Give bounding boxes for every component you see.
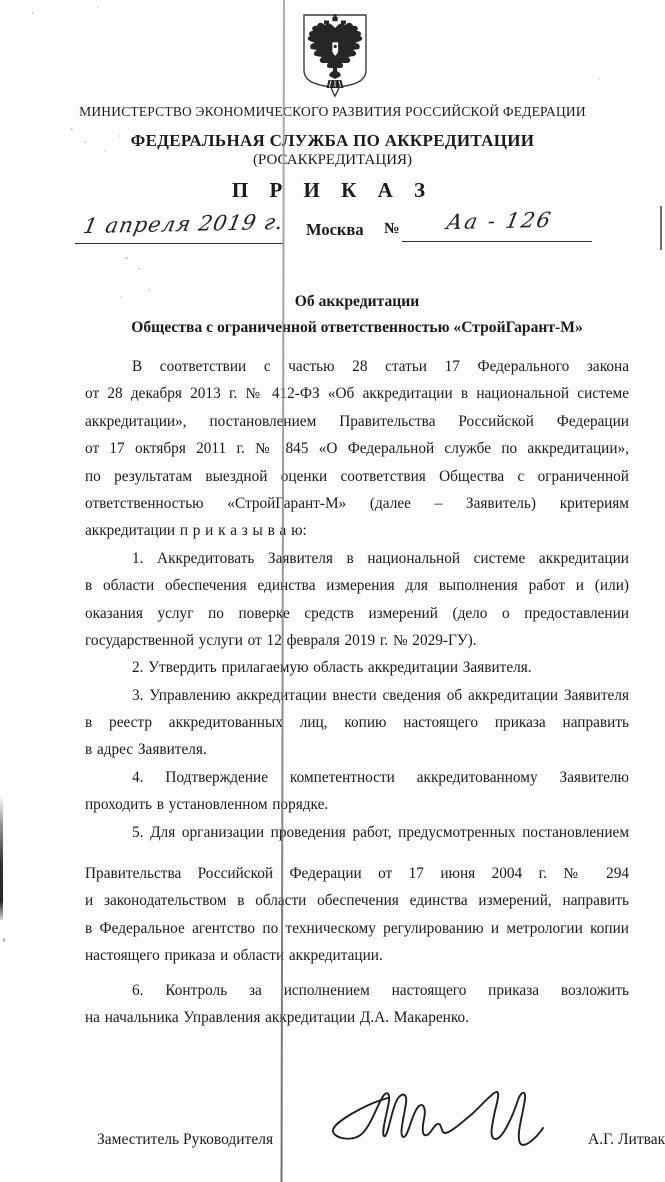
body-text-line: настоящего приказа и области аккредитаци…	[85, 942, 629, 969]
service-name: ФЕДЕРАЛЬНАЯ СЛУЖБА ПО АККРЕДИТАЦИИ	[0, 131, 665, 151]
body-text-line: аккредитации п р и к а з ы в а ю:	[85, 517, 629, 544]
body-text-line: в области обеспечения единства измерения…	[85, 572, 629, 599]
scan-speck	[125, 257, 128, 259]
body-text-line: аккредитации», постановлением Правительс…	[85, 408, 629, 435]
body-text-line: 3. Управлению аккредитации внести сведен…	[85, 682, 629, 709]
body-text-line: 1. Аккредитовать Заявителя в национально…	[85, 545, 629, 572]
scan-speck	[97, 6, 99, 8]
document-type-title: П Р И К А З	[0, 178, 665, 203]
body-text-line: в реестр аккредитованных лиц, копию наст…	[85, 709, 629, 736]
body-text-line: в Федеральное агентство по техническому …	[85, 915, 629, 942]
date-underline	[75, 243, 284, 244]
body-text-line: государственной услуги от 12 февраля 201…	[85, 627, 629, 654]
body-text-line: 2. Утвердить прилагаемую область аккреди…	[85, 654, 629, 681]
scan-edge-smudge	[0, 795, 3, 920]
scanned-order-document: МИНИСТЕРСТВО ЭКОНОМИЧЕСКОГО РАЗВИТИЯ РОС…	[0, 0, 665, 1182]
signer-post-label: Заместитель Руководителя	[97, 1131, 273, 1149]
body-text-line: и законодательством в области обеспечени…	[85, 887, 629, 914]
body-text-line: оказания услуг по поверке средств измере…	[85, 600, 629, 627]
ministry-name: МИНИСТЕРСТВО ЭКОНОМИЧЕСКОГО РАЗВИТИЯ РОС…	[0, 104, 665, 120]
handwritten-signature-icon	[326, 1086, 561, 1166]
service-short-name: (РОСАККРЕДИТАЦИЯ)	[0, 152, 665, 169]
scan-speck	[32, 12, 34, 14]
body-text-line: в адрес Заявителя.	[85, 736, 629, 763]
number-underline	[402, 241, 592, 242]
body-text-line: по результатам выездной оценки соответст…	[85, 463, 629, 490]
body-text-line: В соответствии с частью 28 статьи 17 Фед…	[85, 353, 629, 380]
subject-block: Об аккредитации Общества с ограниченной …	[85, 289, 629, 341]
russian-coat-of-arms-icon	[301, 12, 369, 100]
city-label: Москва	[306, 220, 364, 240]
scan-speck	[138, 268, 140, 270]
body-text-line: от 28 декабря 2013 г. № 412-ФЗ «Об аккре…	[85, 380, 629, 407]
scan-speck	[3, 938, 5, 942]
scan-speck	[598, 78, 600, 80]
handwritten-document-number: Аа - 126	[444, 208, 554, 234]
signer-name: А.Г. Литвак	[588, 1131, 665, 1149]
body-text-line: Правительства Российской Федерации от 17…	[85, 860, 629, 887]
body-text-line: ответственностью «СтройГарант-М» (далее …	[85, 490, 629, 517]
scan-speck	[70, 128, 73, 130]
body-text-line: от 17 октября 2011 г. № 845 «О Федеральн…	[85, 435, 629, 462]
number-sign: №	[384, 220, 400, 238]
subject-line-2: Общества с ограниченной ответственностью…	[85, 315, 629, 341]
body-text-line: 5. Для организации проведения работ, пре…	[85, 819, 629, 846]
handwritten-date: 1 апреля 2019 г.	[81, 210, 286, 238]
body-text-line: проходить в установленном порядке.	[85, 791, 629, 818]
body-text-line: 4. Подтверждение компетентности аккредит…	[85, 764, 629, 791]
body-lines: В соответствии с частью 28 статьи 17 Фед…	[85, 353, 629, 1031]
subject-line-1: Об аккредитации	[85, 289, 629, 315]
body-text-line: на начальника Управления аккредитации Д.…	[85, 1004, 629, 1031]
body-text-line: 6. Контроль за исполнением настоящего пр…	[85, 977, 629, 1004]
scan-edge-mark	[660, 206, 662, 250]
